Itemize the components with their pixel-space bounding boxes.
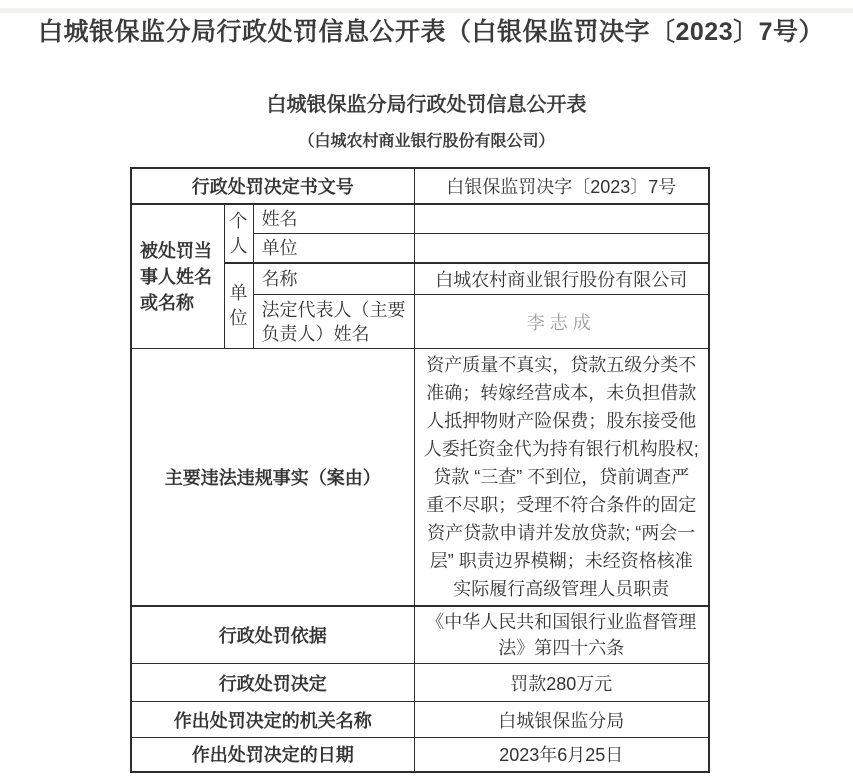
table-row: 作出处罚决定的日期 2023年6月25日 (131, 738, 709, 772)
date-label: 作出处罚决定的日期 (131, 738, 414, 772)
violation-value: 资产质量不真实，贷款五级分类不 准确；转嫁经营成本，未负担借款 人抵押物财产险保… (414, 349, 709, 607)
page-title: 白城银保监分局行政处罚信息公开表（白银保监罚决字〔2023〕7号） (38, 15, 838, 49)
individual-org-label: 单位 (253, 234, 414, 264)
organization-label: 单位 (224, 263, 253, 349)
party-label: 被处罚当事人姓名或名称 (131, 204, 224, 349)
organization-name-value: 白城农村商业银行股份有限公司 (414, 263, 709, 295)
penalty-table: 行政处罚决定书文号 白银保监罚决字〔2023〕7号 被处罚当事人姓名或名称 个人… (130, 167, 710, 773)
individual-label: 个人 (224, 204, 253, 263)
violation-label: 主要违法违规事实（案由） (131, 349, 414, 607)
basis-value: 《中华人民共和国银行业监督管理 法》第四十六条 (414, 606, 709, 664)
decision-value: 罚款280万元 (414, 664, 709, 702)
top-divider (0, 8, 853, 13)
basis-label: 行政处罚依据 (131, 606, 414, 664)
doc-number-label: 行政处罚决定书文号 (131, 168, 414, 204)
individual-name-value (414, 204, 709, 234)
individual-org-value (414, 234, 709, 264)
penalty-disclosure-page: 白城银保监分局行政处罚信息公开表（白银保监罚决字〔2023〕7号） 白城银保监分… (0, 0, 853, 781)
doc-number-value: 白银保监罚决字〔2023〕7号 (414, 168, 709, 204)
table-row: 作出处罚决定的机关名称 白城银保监分局 (131, 702, 709, 738)
table-subtitle: （白城农村商业银行股份有限公司） (0, 128, 853, 151)
authority-label: 作出处罚决定的机关名称 (131, 702, 414, 738)
authority-value: 白城银保监分局 (414, 702, 709, 738)
table-row: 行政处罚决定书文号 白银保监罚决字〔2023〕7号 (131, 168, 709, 204)
legal-rep-label: 法定代表人（主要负责人）姓名 (253, 295, 414, 349)
table-title: 白城银保监分局行政处罚信息公开表 (0, 88, 853, 117)
table-row: 行政处罚决定 罚款280万元 (131, 664, 709, 702)
organization-name-label: 名称 (253, 263, 414, 295)
table-row: 行政处罚依据 《中华人民共和国银行业监督管理 法》第四十六条 (131, 606, 709, 664)
decision-label: 行政处罚决定 (131, 664, 414, 702)
table-row: 被处罚当事人姓名或名称 个人 姓名 (131, 204, 709, 234)
table-row: 主要违法违规事实（案由） 资产质量不真实，贷款五级分类不 准确；转嫁经营成本，未… (131, 349, 709, 607)
individual-name-label: 姓名 (253, 204, 414, 234)
date-value: 2023年6月25日 (414, 738, 709, 772)
legal-rep-value: 李志成 (414, 295, 709, 349)
